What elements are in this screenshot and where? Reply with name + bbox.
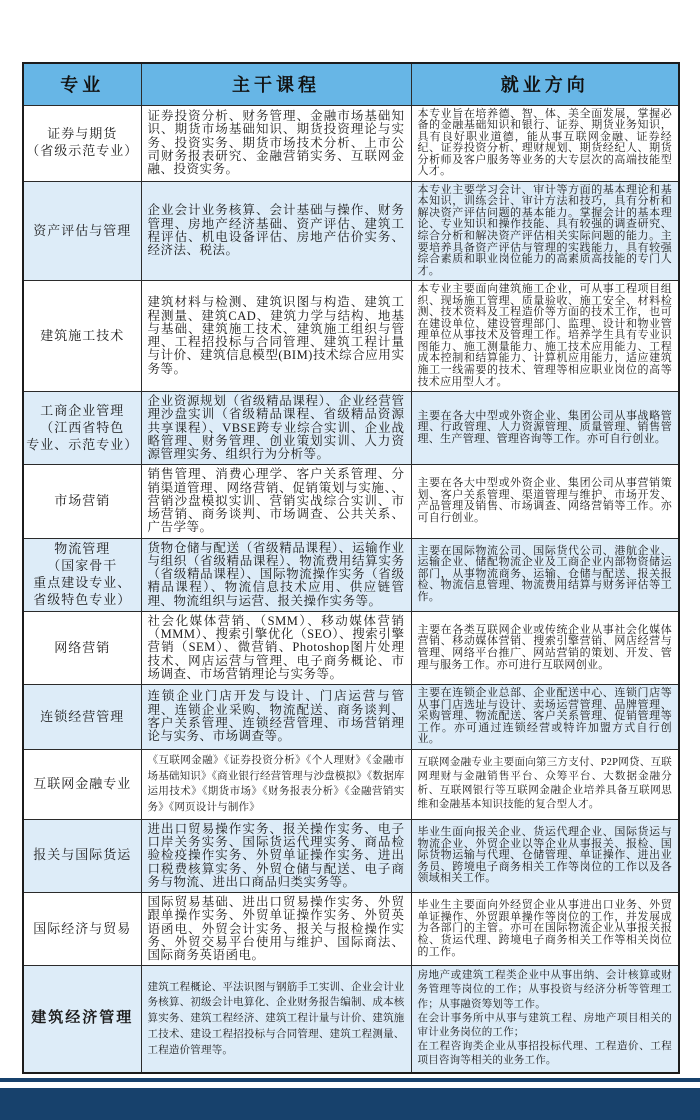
courses-cell: 国际贸易基础、进出口贸易操作实务、外贸跟单操作实务、外贸单证操作实务、外贸英语函… [141,893,411,966]
courses-cell: 连锁企业门店开发与设计、门店运营与管理、连锁企业采购、物流配送、商务谈判、客户关… [141,685,411,750]
employment-cell: 本专业旨在培养德、智、体、美全面发展，掌握必备的金融基础知识和银行、证券、期货业… [411,105,679,181]
table-row: 连锁经营管理 连锁企业门店开发与设计、门店运营与管理、连锁企业采购、物流配送、商… [23,685,679,750]
employment-cell: 本专业主要面向建筑施工企业，可从事工程项目组织、现场施工管理、质量验收、施工安全… [411,281,679,392]
employment-cell: 毕业生主要面向外经贸企业从事进出口业务、外贸单证操作、外贸跟单操作等岗位的工作，… [411,893,679,966]
employment-cell: 主要在各大中型或外资企业、集团公司从事营销策划、客户关系管理、渠道管理与维护、市… [411,465,679,538]
major-cell: 工商企业管理（江西省特色专业、示范专业） [23,392,141,465]
table-row: 建筑施工技术 建筑材料与检测、建筑识图与构造、建筑工程测量、建筑CAD、建筑力学… [23,281,679,392]
courses-cell: 企业会计业务核算、会计基础与操作、财务管理、房地产经济基础、资产评估、建筑工程评… [141,181,411,280]
table-row: 市场营销 销售管理、消费心理学、客户关系管理、分销渠道管理、网络营销、促销策划与… [23,465,679,538]
major-cell: 证券与期货（省级示范专业） [23,105,141,181]
footer-bar [0,1088,700,1120]
majors-course-table-page: 专业 主干课程 就业方向 证券与期货（省级示范专业） 证券投资分析、财务管理、金… [0,0,700,1120]
courses-cell: 货物仓储与配送（省级精品课程）、运输作业与组织（省级精品课程）、物流费用结算实务… [141,538,411,611]
table-row: 网络营销 社会化媒体营销、（SMM）、移动媒体营销（MMM）、搜索引擎优化（SE… [23,611,679,684]
major-cell: 网络营销 [23,611,141,684]
table-row: 国际经济与贸易 国际贸易基础、进出口贸易操作实务、外贸跟单操作实务、外贸单证操作… [23,893,679,966]
courses-cell: 《互联网金融》《证券投资分析》《个人理财》《金融市场基础知识》《商业银行经营管理… [141,749,411,819]
courses-cell: 企业资源规划（省级精品课程）、企业经营管理沙盘实训（省级精品课程、省级精品资源共… [141,392,411,465]
major-cell: 互联网金融专业 [23,749,141,819]
major-cell: 国际经济与贸易 [23,893,141,966]
header-courses: 主干课程 [141,63,411,105]
major-cell: 报关与国际货运 [23,819,141,892]
employment-cell: 主要在连锁企业总部、企业配送中心、连锁门店等从事门店选址与设计、卖场运营管理、品… [411,685,679,750]
employment-cell: 房地产或建筑工程类企业中从事出纳、会计核算或财务管理等岗位的工作；从事投资与经济… [411,966,679,1073]
table-row: 工商企业管理（江西省特色专业、示范专业） 企业资源规划（省级精品课程）、企业经营… [23,392,679,465]
header-employment: 就业方向 [411,63,679,105]
courses-cell: 建筑材料与检测、建筑识图与构造、建筑工程测量、建筑CAD、建筑力学与结构、地基与… [141,281,411,392]
employment-cell: 本专业主要学习会计、审计等方面的基本理论和基本知识，训练会计、审计方法和技巧，具… [411,181,679,280]
table-row: 互联网金融专业 《互联网金融》《证券投资分析》《个人理财》《金融市场基础知识》《… [23,749,679,819]
major-cell: 建筑经济管理 [23,966,141,1073]
table-body: 证券与期货（省级示范专业） 证券投资分析、财务管理、金融市场基础知识、期货市场基… [23,105,679,1073]
footer-divider-line [0,1078,700,1082]
employment-cell: 主要在各类互联网企业或传统企业从事社会化媒体营销、移动媒体营销、搜索引擎营销、网… [411,611,679,684]
major-cell: 资产评估与管理 [23,181,141,280]
employment-cell: 主要在各大中型或外资企业、集团公司从事战略管理、行政管理、人力资源管理、质量管理… [411,392,679,465]
table-row: 资产评估与管理 企业会计业务核算、会计基础与操作、财务管理、房地产经济基础、资产… [23,181,679,280]
employment-cell: 毕业生面向报关企业、货运代理企业、国际货运与物流企业、外贸企业以等企业从事报关、… [411,819,679,892]
table-row: 报关与国际货运 进出口贸易操作实务、报关操作实务、电子口岸关务实务、国际货运代理… [23,819,679,892]
header-major: 专业 [23,63,141,105]
major-cell: 建筑施工技术 [23,281,141,392]
courses-cell: 证券投资分析、财务管理、金融市场基础知识、期货市场基础知识、期货投资理论与实务、… [141,105,411,181]
employment-cell: 主要在国际物流公司、国际货代公司、港航企业、运输企业、储配物流企业及工商企业内部… [411,538,679,611]
major-cell: 连锁经营管理 [23,685,141,750]
table-row: 建筑经济管理 建筑工程概论、平法识图与钢筋手工实训、企业会计业务核算、初级会计电… [23,966,679,1073]
major-cell: 物流管理（国家骨干重点建设专业、省级特色专业） [23,538,141,611]
table-header-row: 专业 主干课程 就业方向 [23,63,679,105]
table-row: 物流管理（国家骨干重点建设专业、省级特色专业） 货物仓储与配送（省级精品课程）、… [23,538,679,611]
table-row: 证券与期货（省级示范专业） 证券投资分析、财务管理、金融市场基础知识、期货市场基… [23,105,679,181]
courses-cell: 建筑工程概论、平法识图与钢筋手工实训、企业会计业务核算、初级会计电算化、企业财务… [141,966,411,1073]
major-cell: 市场营销 [23,465,141,538]
courses-cell: 进出口贸易操作实务、报关操作实务、电子口岸关务实务、国际货运代理实务、商品检验检… [141,819,411,892]
courses-cell: 社会化媒体营销、（SMM）、移动媒体营销（MMM）、搜索引擎优化（SEO）、搜索… [141,611,411,684]
employment-cell: 互联网金融专业主要面向第三方支付、P2P网贷、互联网理财与金融销售平台、众筹平台… [411,749,679,819]
majors-table: 专业 主干课程 就业方向 证券与期货（省级示范专业） 证券投资分析、财务管理、金… [22,62,680,1074]
courses-cell: 销售管理、消费心理学、客户关系管理、分销渠道管理、网络营销、促销策划与实施、、营… [141,465,411,538]
